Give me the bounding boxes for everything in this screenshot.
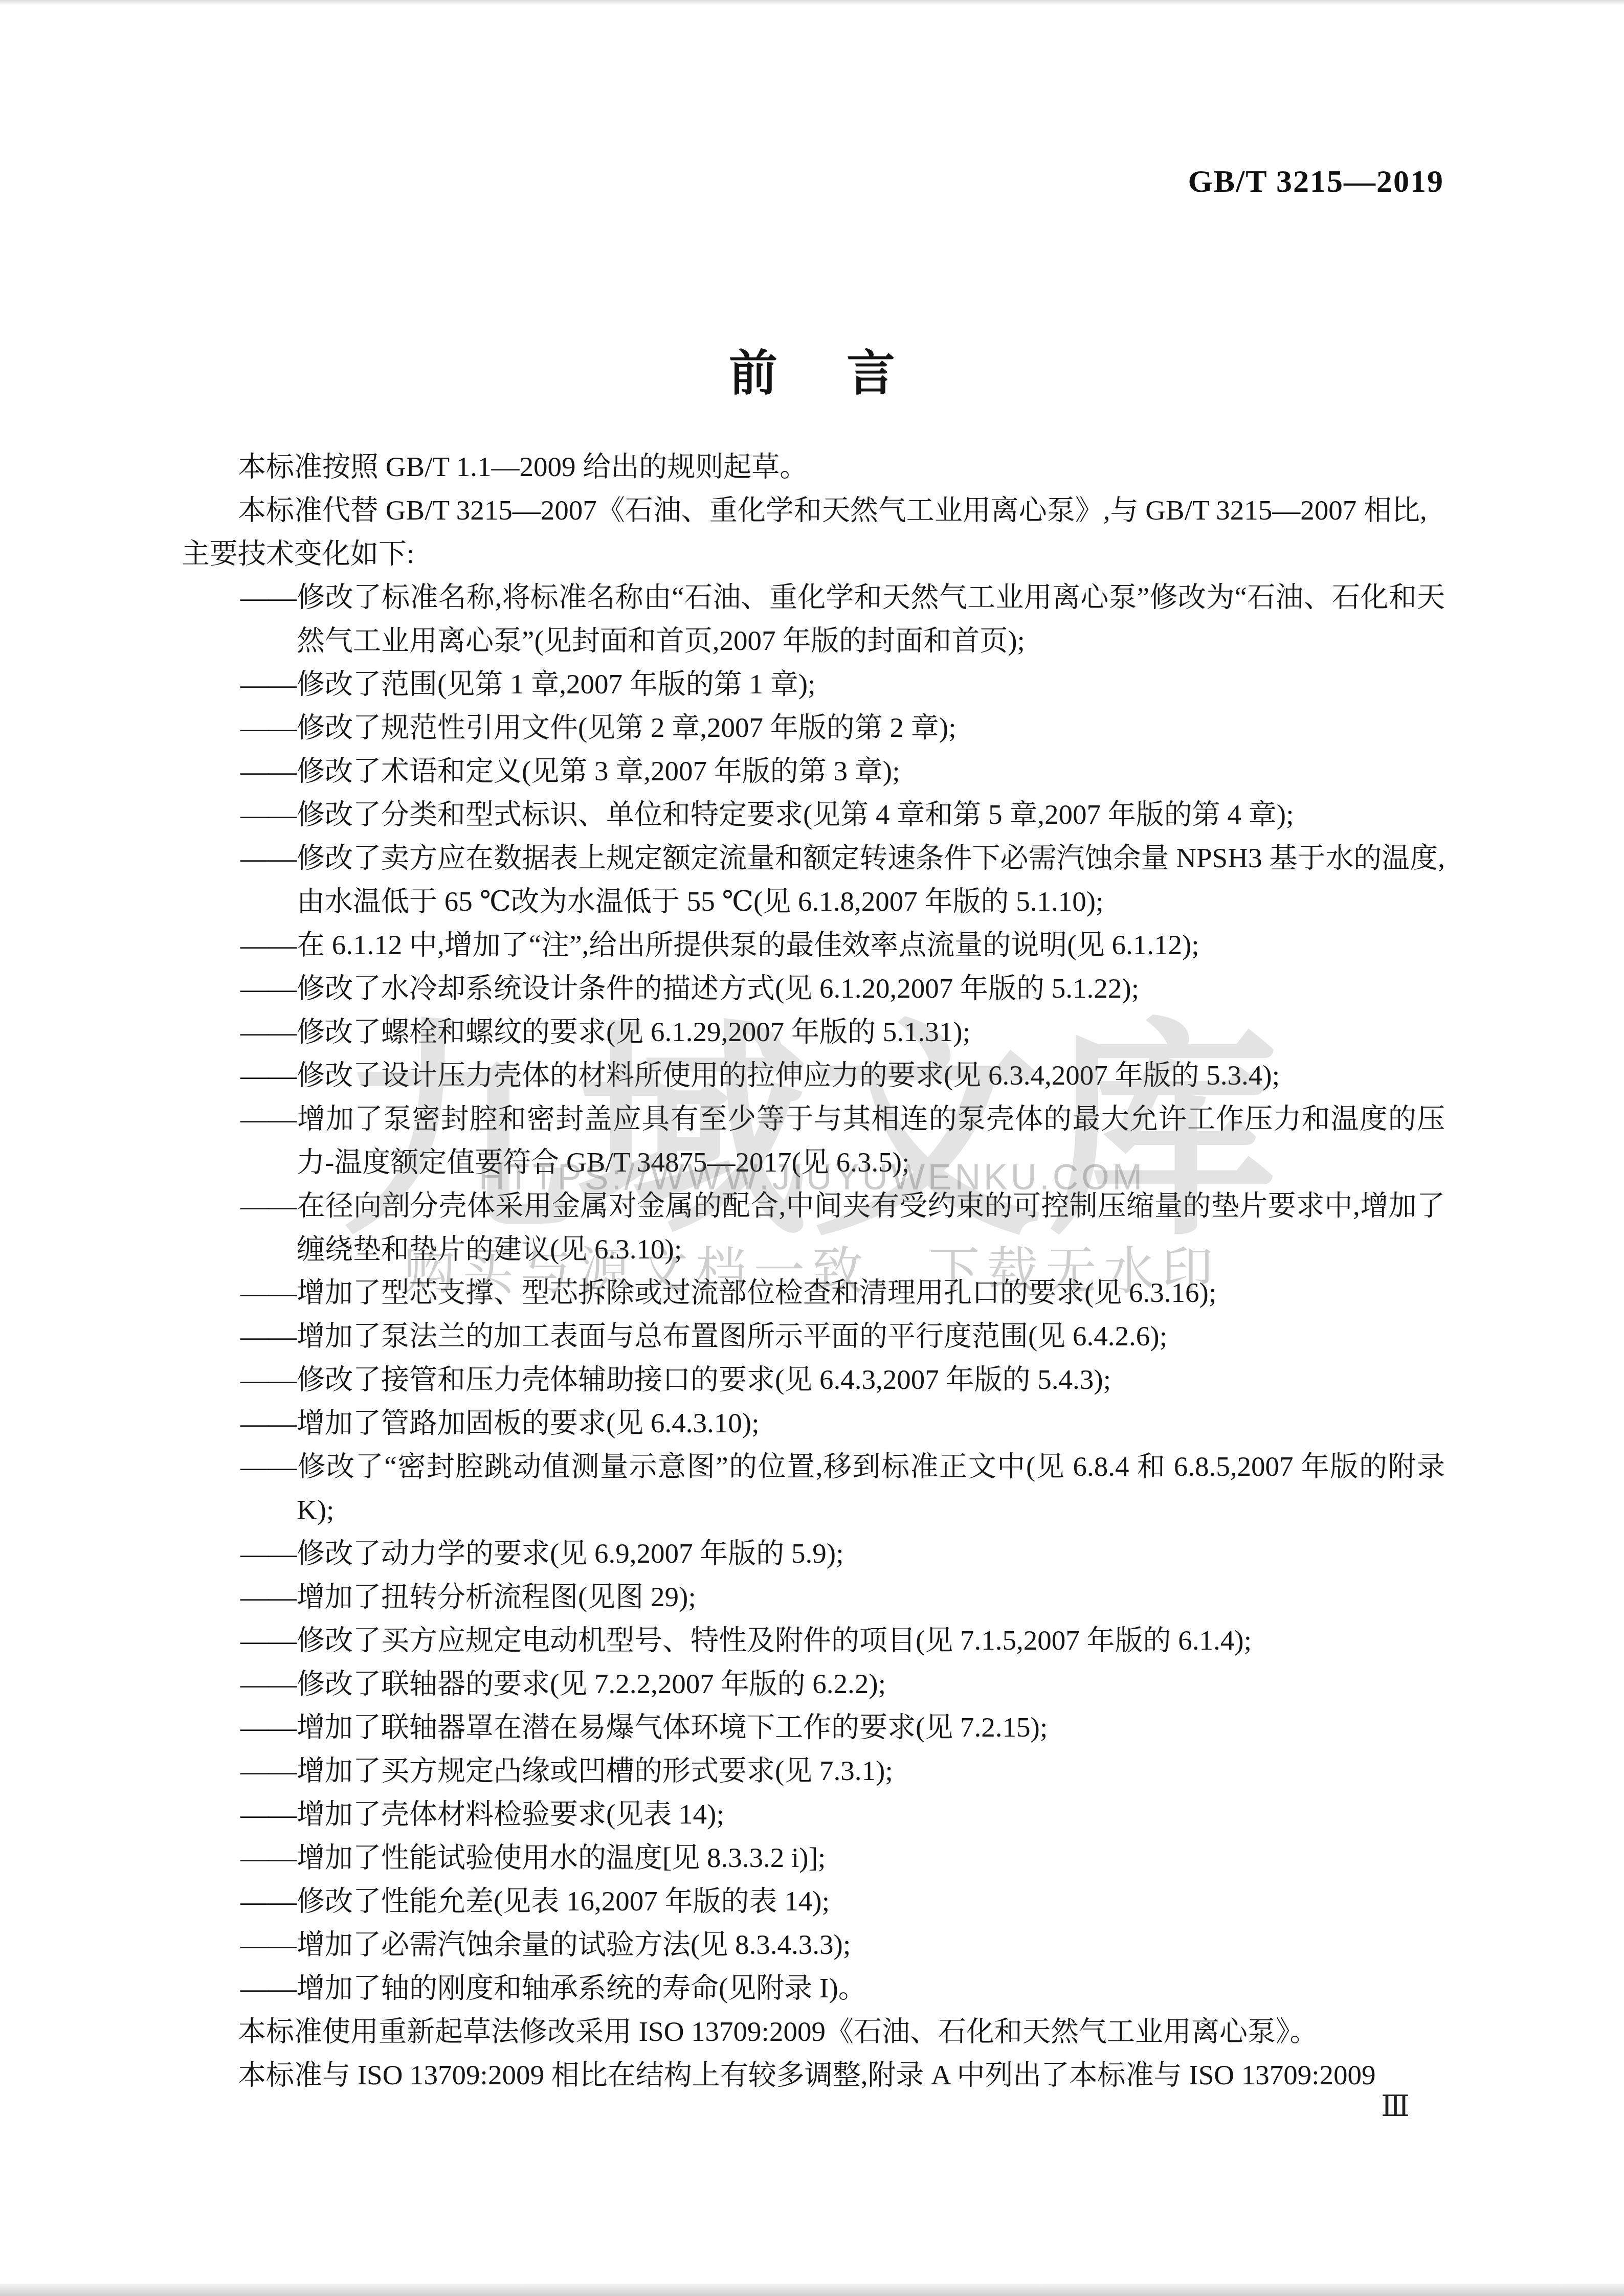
change-text: 修改了设计压力壳体的材料所使用的拉伸应力的要求(见 6.3.4,2007 年版的… [297,1060,1280,1091]
change-text: 修改了范围(见第 1 章,2007 年版的第 1 章); [297,668,815,700]
intro-paragraph-2-line-2: 主要技术变化如下: [182,532,1445,575]
list-dash: —— [240,1364,297,1395]
change-text: 增加了性能试验使用水的温度[见 8.3.3.2 i)]; [297,1842,826,1873]
change-item: ——修改了“密封腔跳动值测量示意图”的位置,移到标准正文中(见 6.8.4 和 … [182,1445,1445,1532]
list-dash: —— [240,1190,297,1221]
change-text: 增加了轴的刚度和轴承系统的寿命(见附录 I)。 [297,1972,866,2004]
change-item: ——增加了联轴器罩在潜在易爆气体环境下工作的要求(见 7.2.15); [182,1705,1445,1749]
list-dash: —— [240,1103,297,1134]
change-item: ——修改了规范性引用文件(见第 2 章,2007 年版的第 2 章); [182,706,1445,749]
change-item: ——增加了型芯支撑、型芯拆除或过流部位检查和清理用孔口的要求(见 6.3.16)… [182,1271,1445,1314]
change-item: ——增加了性能试验使用水的温度[见 8.3.3.2 i)]; [182,1836,1445,1879]
change-item: ——在 6.1.12 中,增加了“注”,给出所提供泵的最佳效率点流量的说明(见 … [182,923,1445,966]
change-text: 增加了必需汽蚀余量的试验方法(见 8.3.4.3.3); [297,1929,851,1960]
list-dash: —— [240,799,297,830]
list-dash: —— [240,755,297,786]
list-dash: —— [240,1277,297,1308]
list-dash: —— [240,973,297,1004]
list-dash: —— [240,1798,297,1830]
change-item: ——修改了标准名称,将标准名称由“石油、重化学和天然气工业用离心泵”修改为“石油… [182,575,1445,662]
change-item: ——修改了动力学的要求(见 6.9,2007 年版的 5.9); [182,1532,1445,1575]
scan-edge-top [0,0,1624,5]
change-text: 增加了联轴器罩在潜在易爆气体环境下工作的要求(见 7.2.15); [297,1712,1048,1743]
change-item: ——增加了管路加固板的要求(见 6.4.3.10); [182,1401,1445,1445]
list-dash: —— [240,1972,297,2004]
document-page: GB/T 3215—2019 前 言 本标准按照 GB/T 1.1—2009 给… [0,0,1624,2296]
change-text: 增加了壳体材料检验要求(见表 14); [297,1798,724,1830]
change-item: ——修改了范围(见第 1 章,2007 年版的第 1 章); [182,662,1445,706]
change-text: 修改了规范性引用文件(见第 2 章,2007 年版的第 2 章); [297,712,956,743]
change-item: ——修改了设计压力壳体的材料所使用的拉伸应力的要求(见 6.3.4,2007 年… [182,1053,1445,1097]
list-dash: —— [240,581,297,613]
closing-paragraph-2: 本标准与 ISO 13709:2009 相比在结构上有较多调整,附录 A 中列出… [182,2053,1445,2097]
change-item: ——修改了联轴器的要求(见 7.2.2,2007 年版的 6.2.2); [182,1662,1445,1705]
page-title: 前 言 [0,335,1624,404]
change-text: 修改了接管和压力壳体辅助接口的要求(见 6.4.3,2007 年版的 5.4.3… [297,1364,1111,1395]
list-dash: —— [240,1060,297,1091]
change-text: 修改了水冷却系统设计条件的描述方式(见 6.1.20,2007 年版的 5.1.… [297,973,1139,1004]
change-text: 增加了买方规定凸缘或凹槽的形式要求(见 7.3.1); [297,1755,893,1786]
list-dash: —— [240,668,297,700]
intro-paragraph-1: 本标准按照 GB/T 1.1—2009 给出的规则起草。 [182,445,1445,488]
foreword-content: 本标准按照 GB/T 1.1—2009 给出的规则起草。 本标准代替 GB/T … [182,445,1445,2097]
change-text: 增加了管路加固板的要求(见 6.4.3.10); [297,1407,759,1438]
list-dash: —— [240,1407,297,1438]
list-dash: —— [240,1320,297,1352]
change-text: 修改了联轴器的要求(见 7.2.2,2007 年版的 6.2.2); [297,1668,886,1699]
list-dash: —— [240,1016,297,1047]
list-dash: —— [240,1712,297,1743]
change-text: 修改了分类和型式标识、单位和特定要求(见第 4 章和第 5 章,2007 年版的… [297,799,1294,830]
change-text: 增加了扭转分析流程图(见图 29); [297,1581,696,1612]
change-item: ——修改了螺栓和螺纹的要求(见 6.1.29,2007 年版的 5.1.31); [182,1010,1445,1053]
change-item: ——修改了术语和定义(见第 3 章,2007 年版的第 3 章); [182,749,1445,793]
change-text: 修改了螺栓和螺纹的要求(见 6.1.29,2007 年版的 5.1.31); [297,1016,970,1047]
list-dash: —— [240,1885,297,1917]
change-item: ——修改了分类和型式标识、单位和特定要求(见第 4 章和第 5 章,2007 年… [182,793,1445,836]
change-text: 修改了买方应规定电动机型号、特性及附件的项目(见 7.1.5,2007 年版的 … [297,1625,1252,1656]
list-dash: —— [240,1668,297,1699]
intro-paragraph-2-line-1: 本标准代替 GB/T 3215—2007《石油、重化学和天然气工业用离心泵》,与… [182,488,1445,532]
change-text: 在径向剖分壳体采用金属对金属的配合,中间夹有受约束的可控制压缩量的垫片要求中,增… [297,1190,1445,1265]
change-text: 增加了型芯支撑、型芯拆除或过流部位检查和清理用孔口的要求(见 6.3.16); [297,1277,1216,1308]
change-item: ——修改了水冷却系统设计条件的描述方式(见 6.1.20,2007 年版的 5.… [182,966,1445,1010]
scan-edge-bottom [0,2284,1624,2296]
change-item: ——增加了轴的刚度和轴承系统的寿命(见附录 I)。 [182,1966,1445,2010]
list-dash: —— [240,1929,297,1960]
list-dash: —— [240,1538,297,1569]
change-item: ——修改了接管和压力壳体辅助接口的要求(见 6.4.3,2007 年版的 5.4… [182,1358,1445,1401]
standard-number: GB/T 3215—2019 [1188,164,1444,200]
list-dash: —— [240,842,297,873]
closing-paragraph-1: 本标准使用重新起草法修改采用 ISO 13709:2009《石油、石化和天然气工… [182,2010,1445,2053]
change-text: 增加了泵密封腔和密封盖应具有至少等于与其相连的泵壳体的最大允许工作压力和温度的压… [297,1103,1445,1178]
change-item: ——增加了壳体材料检验要求(见表 14); [182,1792,1445,1836]
change-item: ——修改了卖方应在数据表上规定额定流量和额定转速条件下必需汽蚀余量 NPSH3 … [182,836,1445,923]
change-item: ——增加了买方规定凸缘或凹槽的形式要求(见 7.3.1); [182,1749,1445,1792]
change-item: ——增加了必需汽蚀余量的试验方法(见 8.3.4.3.3); [182,1923,1445,1966]
list-dash: —— [240,1581,297,1612]
list-dash: —— [240,1755,297,1786]
list-dash: —— [240,712,297,743]
change-text: 修改了“密封腔跳动值测量示意图”的位置,移到标准正文中(见 6.8.4 和 6.… [297,1451,1445,1525]
list-dash: —— [240,1451,297,1482]
change-text: 修改了卖方应在数据表上规定额定流量和额定转速条件下必需汽蚀余量 NPSH3 基于… [297,842,1445,917]
change-text: 在 6.1.12 中,增加了“注”,给出所提供泵的最佳效率点流量的说明(见 6.… [297,929,1199,960]
change-item: ——在径向剖分壳体采用金属对金属的配合,中间夹有受约束的可控制压缩量的垫片要求中… [182,1184,1445,1271]
list-dash: —— [240,1625,297,1656]
change-item: ——增加了泵法兰的加工表面与总布置图所示平面的平行度范围(见 6.4.2.6); [182,1314,1445,1358]
change-text: 修改了动力学的要求(见 6.9,2007 年版的 5.9); [297,1538,843,1569]
change-item: ——增加了扭转分析流程图(见图 29); [182,1575,1445,1618]
change-text: 增加了泵法兰的加工表面与总布置图所示平面的平行度范围(见 6.4.2.6); [297,1320,1167,1352]
page-number: Ⅲ [1381,2088,1410,2123]
change-item: ——增加了泵密封腔和密封盖应具有至少等于与其相连的泵壳体的最大允许工作压力和温度… [182,1097,1445,1184]
list-dash: —— [240,1842,297,1873]
list-dash: —— [240,929,297,960]
change-item: ——修改了买方应规定电动机型号、特性及附件的项目(见 7.1.5,2007 年版… [182,1618,1445,1662]
change-item: ——修改了性能允差(见表 16,2007 年版的表 14); [182,1879,1445,1923]
change-text: 修改了性能允差(见表 16,2007 年版的表 14); [297,1885,830,1917]
change-text: 修改了标准名称,将标准名称由“石油、重化学和天然气工业用离心泵”修改为“石油、石… [297,581,1445,656]
change-text: 修改了术语和定义(见第 3 章,2007 年版的第 3 章); [297,755,900,786]
